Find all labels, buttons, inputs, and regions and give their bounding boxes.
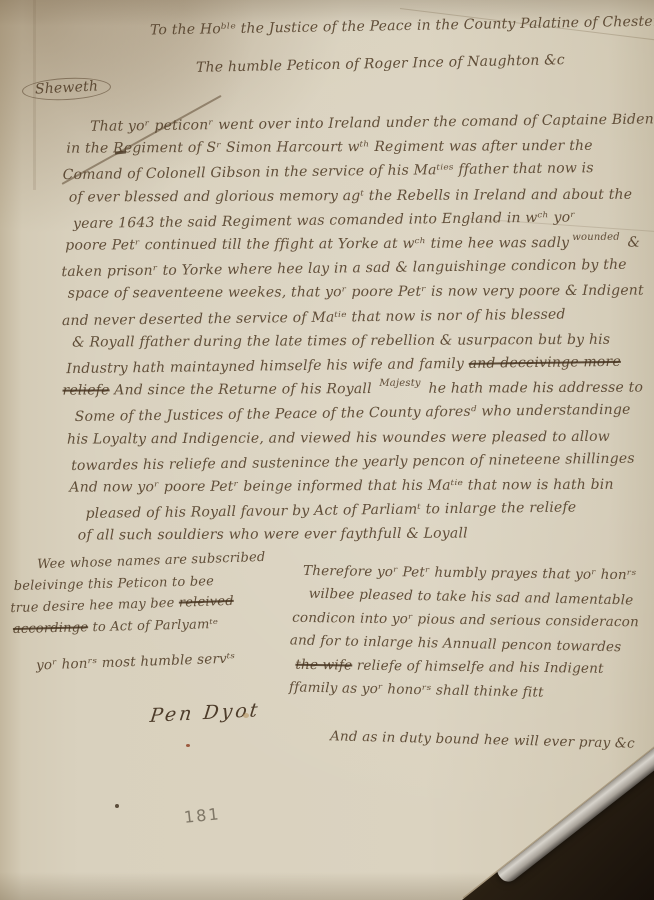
line-text: ffamily as yoʳ honoʳˢ shall thinke fitt <box>289 679 544 700</box>
line-text: condicon into yoʳ pious and serious cons… <box>292 610 639 631</box>
line-text: & Royall ffather during the late times o… <box>72 332 610 351</box>
line-text: reliefe of himselfe and his Indigent <box>352 658 604 677</box>
struck-text: the wife <box>295 657 352 674</box>
line-text: to Act of Parlyamᵗᵉ <box>88 617 218 635</box>
line-text: in the Regiment of Sʳ Simon Harcourt wᵗʰ… <box>66 138 592 157</box>
line-text: beleivinge this Peticon to bee <box>14 574 215 594</box>
inserted-word: wounded <box>572 232 620 243</box>
line-text: poore Petʳ continued till the ffight at … <box>65 235 569 254</box>
line-text: Industry hath maintayned himselfe his wi… <box>66 356 469 377</box>
line-text: Comand of Colonell Gibson in the service… <box>63 161 594 184</box>
petition-title-line: The humble Peticon of Roger Ince of Naug… <box>196 52 565 76</box>
line-text: he hath made his addresse to <box>424 380 643 397</box>
ink-speck <box>186 744 190 747</box>
petition-body: That yoʳ peticonʳ went over into Ireland… <box>60 109 654 550</box>
prayer-final-line: And as in duty bound hee will ever pray … <box>330 728 635 751</box>
attestation-block: Wee whose names are subscribed beleiving… <box>7 547 268 640</box>
line-text: And now yoʳ poore Petʳ beinge informed t… <box>69 477 613 496</box>
struck-text: reliefe <box>62 383 109 399</box>
line-text: of ever blessed and glorious memory agᵗ … <box>69 186 632 205</box>
closing-salutation: yoʳ honʳˢ most humble servᵗˢ <box>36 651 236 674</box>
line-text: of all such souldiers who were ever fayt… <box>78 526 468 544</box>
line-text: & <box>623 235 640 251</box>
page-corner-background <box>462 748 654 900</box>
ink-speck <box>243 713 249 718</box>
inserted-word: Majesty <box>379 378 420 389</box>
line-text: towardes his reliefe and sustenince the … <box>71 451 635 474</box>
line-text: Wee whose names are subscribed <box>37 550 266 572</box>
line-text: space of seaventeene weekes, that yoʳ po… <box>68 283 644 302</box>
line-text: And since the Returne of his Royall <box>110 381 377 398</box>
line-text: Some of the Justices of the Peace of the… <box>75 402 631 425</box>
struck-text: accordinge <box>13 620 89 637</box>
line-text: and for to inlarge his Annuall pencon to… <box>290 632 622 655</box>
petition-address-line: To the Hoᵇˡᵉ the Justice of the Peace in… <box>150 14 654 39</box>
line-text: his Loyalty and Indigencie, and viewed h… <box>67 428 610 447</box>
manuscript-page: To the Hoᵇˡᵉ the Justice of the Peace in… <box>0 0 654 900</box>
struck-text: and deceivinge more <box>469 354 621 372</box>
prayer-block: Therefore yoʳ Petʳ humbly prayes that yo… <box>289 559 640 706</box>
ink-speck <box>115 804 119 808</box>
line-text: taken prisonʳ to Yorke where hee lay in … <box>61 257 626 280</box>
line-text: yeare 1643 the said Regiment was comande… <box>73 209 575 232</box>
manuscript-line: of all such souldiers who were ever fayt… <box>78 522 654 549</box>
line-text: That yoʳ peticonʳ went over into Ireland… <box>90 111 654 135</box>
line-text: true desire hee may bee <box>10 596 179 616</box>
line-text: and never deserted the service of Maᵗⁱᵉ … <box>62 306 566 329</box>
line-text: wilbee pleased to take his sad and lamen… <box>308 585 633 608</box>
page-number: 181 <box>183 804 221 827</box>
struck-text: releived <box>179 594 234 611</box>
line-text: Therefore yoʳ Petʳ humbly prayes that yo… <box>303 563 637 583</box>
line-text: pleased of his Royall favour by Act of P… <box>85 500 576 522</box>
